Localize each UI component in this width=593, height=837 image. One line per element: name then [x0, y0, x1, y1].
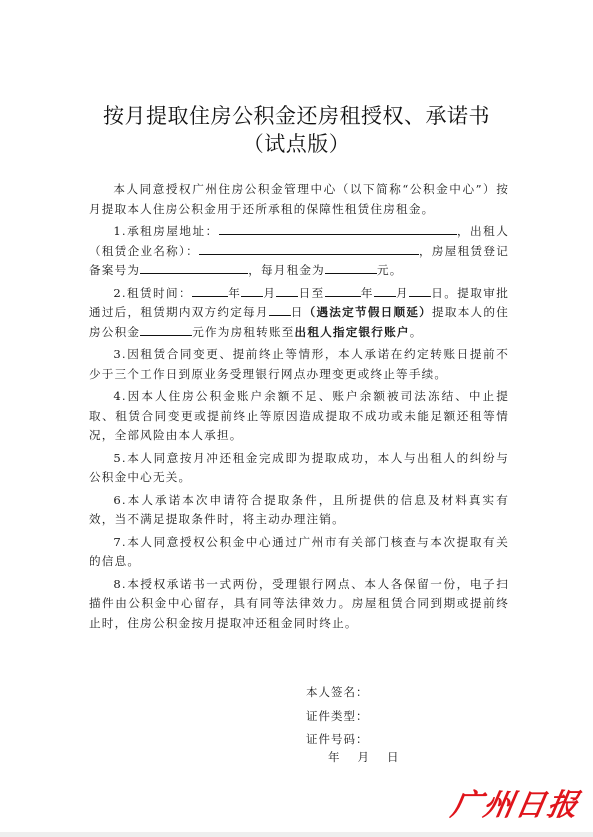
- holiday-note: （遇法定节假日顺延）: [304, 305, 432, 319]
- day-text: 日: [291, 305, 304, 319]
- document-body: 本人同意授权广州住房公积金管理中心（以下简称“公积金中心”）按月提取本人住房公积…: [89, 180, 509, 636]
- item-1-rent-label: ，每月租金为: [248, 263, 325, 277]
- document-subtitle: （试点版）: [0, 128, 593, 158]
- bottom-divider: [0, 832, 593, 837]
- item-3-paragraph: 3.因租赁合同变更、提前终止等情形，本人承诺在约定转账日提前不少于三个工作日到原…: [89, 345, 509, 384]
- start-month-blank[interactable]: [241, 284, 263, 297]
- document-page: 按月提取住房公积金还房租授权、承诺书 （试点版） 本人同意授权广州住房公积金管理…: [0, 0, 593, 832]
- year-text: 年: [361, 286, 374, 300]
- document-title: 按月提取住房公积金还房租授权、承诺书: [0, 100, 593, 130]
- item-7-paragraph: 7.本人同意授权公积金中心通过广州市有关部门核查与本次提取有关的信息。: [89, 533, 509, 572]
- registration-number-blank[interactable]: [140, 261, 248, 274]
- item-2-period-label: 2.租赁时间：: [113, 286, 192, 300]
- withdraw-amount-blank[interactable]: [140, 323, 192, 336]
- intro-paragraph: 本人同意授权广州住房公积金管理中心（以下简称“公积金中心”）按月提取本人住房公积…: [89, 180, 509, 219]
- date-year: 年: [328, 750, 340, 764]
- id-type-label: 证件类型：: [306, 708, 369, 724]
- item-6-paragraph: 6.本人承诺本次申请符合提取条件，且所提供的信息及材料真实有效，当不满足提取条件…: [89, 491, 509, 530]
- item-2-paragraph: 2.租赁时间：年月日至年月日。提取审批通过后，租赁期内双方约定每月日（遇法定节假…: [89, 284, 509, 343]
- id-number-label: 证件号码：: [306, 731, 369, 747]
- period: 。: [410, 325, 423, 339]
- signature-date: 年月日: [328, 749, 417, 765]
- item-8-paragraph: 8.本授权承诺书一式两份，受理银行网点、本人各保留一份，电子扫描件由公积金中心留…: [89, 575, 509, 634]
- address-blank[interactable]: [219, 222, 457, 235]
- date-day: 日: [387, 750, 399, 764]
- month-text: 月: [263, 286, 276, 300]
- date-month: 月: [358, 750, 370, 764]
- start-day-blank[interactable]: [276, 284, 298, 297]
- day-to-text: 日至: [298, 286, 324, 300]
- item-1-paragraph: 1.承租房屋地址：，出租人（租赁企业名称）：，房屋租赁登记备案号为，每月租金为元…: [89, 222, 509, 281]
- end-month-blank[interactable]: [374, 284, 396, 297]
- item-2-transfer-text: 元作为房租转账至: [192, 325, 294, 339]
- month-text: 月: [396, 286, 409, 300]
- item-4-paragraph: 4.因本人住房公积金账户余额不足、账户余额被司法冻结、中止提取、租赁合同变更或提…: [89, 387, 509, 446]
- transfer-day-blank[interactable]: [269, 303, 291, 316]
- item-5-paragraph: 5.本人同意按月冲还租金完成即为提取成功，本人与出租人的纠纷与公积金中心无关。: [89, 449, 509, 488]
- guangzhou-daily-logo: 广州日报: [448, 780, 584, 824]
- lessor-blank[interactable]: [199, 242, 419, 255]
- start-year-blank[interactable]: [192, 284, 228, 297]
- item-1-yuan: 元。: [377, 263, 403, 277]
- item-1-address-label: 1.承租房屋地址：: [113, 224, 218, 238]
- rent-amount-blank[interactable]: [325, 261, 377, 274]
- year-text: 年: [228, 286, 241, 300]
- end-year-blank[interactable]: [325, 284, 361, 297]
- end-day-blank[interactable]: [409, 284, 431, 297]
- signature-name-label: 本人签名：: [306, 684, 369, 700]
- lessor-account-note: 出租人指定银行账户: [295, 325, 410, 339]
